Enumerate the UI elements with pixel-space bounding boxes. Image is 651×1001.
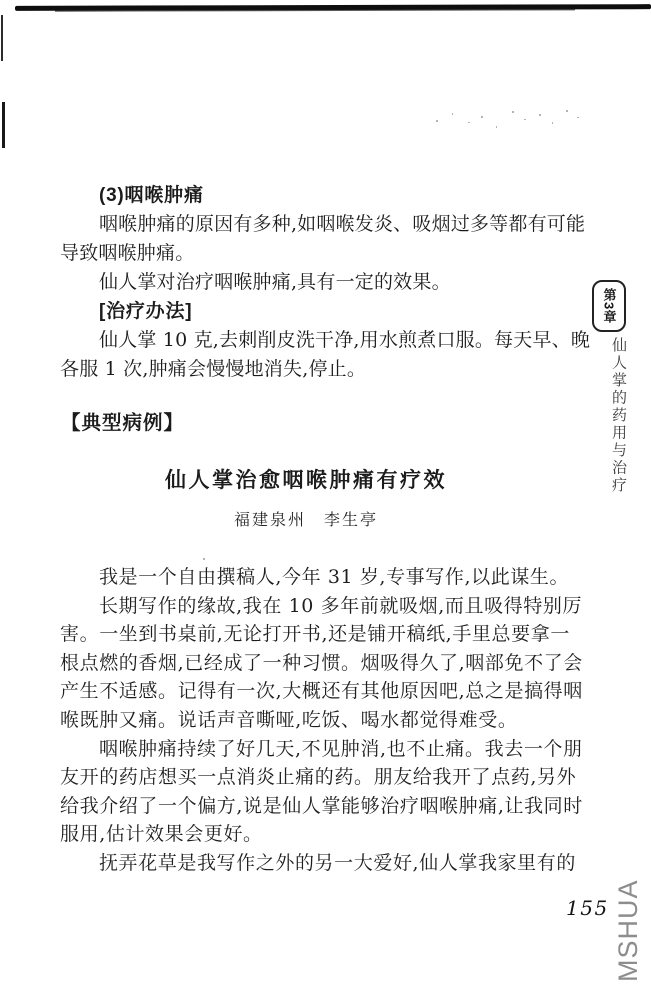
- case-title: 仙人掌治愈咽喉肿痛有疗效: [60, 464, 552, 494]
- intro-line-1: 咽喉肿痛的原因有多种,如咽喉发炎、吸烟过多等都有可能: [60, 210, 588, 239]
- method-line-1: 仙人掌 10 克,去刺削皮洗干净,用水煎煮口服。每天早、晚: [60, 326, 588, 355]
- scan-speckle: [512, 111, 514, 113]
- case-byline: 福建泉州 李生亭: [60, 507, 552, 530]
- case-body-line: 产生不适感。记得有一次,大概还有其他原因吧,总之是搞得咽: [60, 677, 588, 706]
- scan-speckle: [566, 110, 568, 112]
- case-label: 【典型病例】: [61, 407, 184, 435]
- scan-speckle: [577, 117, 579, 118]
- case-body-line: 害。一坐到书桌前,无论打开书,还是铺开稿纸,手里总要拿一: [60, 620, 588, 649]
- effect-line: 仙人掌对治疗咽喉肿痛,具有一定的效果。: [60, 268, 588, 297]
- case-body-line: 长期写作的缘故,我在 10 多年前就吸烟,而且吸得特别厉: [60, 592, 588, 621]
- method-heading: [治疗办法]: [60, 297, 588, 326]
- scan-speckle: [524, 119, 526, 120]
- section-throat-pain: (3)咽喉肿痛 咽喉肿痛的原因有多种,如咽喉发炎、吸烟过多等都有可能 导致咽喉肿…: [60, 181, 588, 384]
- case-body-line: 咽喉肿痛持续了好几天,不见肿消,也不止痛。我去一个朋: [60, 735, 588, 764]
- chapter-title-vertical: 仙人掌的药用与治疗: [609, 337, 630, 495]
- case-body-line: 喉既肿又痛。说话声音嘶哑,吃饭、喝水都觉得难受。: [60, 706, 588, 735]
- scan-artifact-left-mark-2: [2, 102, 5, 148]
- case-body-line: 给我介绍了一个偏方,说是仙人掌能够治疗咽喉肿痛,让我同时: [60, 792, 588, 821]
- intro-line-2: 导致咽喉肿痛。: [60, 239, 588, 268]
- watermark-mshua: MSHUA: [611, 882, 645, 982]
- method-line-2: 各服 1 次,肿痛会慢慢地消失,停止。: [60, 355, 588, 384]
- case-body-line: 我是一个自由撰稿人,今年 31 岁,专事写作,以此谋生。: [60, 563, 588, 592]
- scan-speckle: [468, 122, 470, 123]
- scan-speckle: [539, 114, 541, 116]
- case-body-line: 服用,估计效果会更好。: [60, 820, 588, 849]
- book-page: (3)咽喉肿痛 咽喉肿痛的原因有多种,如咽喉发炎、吸烟过多等都有可能 导致咽喉肿…: [0, 0, 651, 1001]
- case-body: 我是一个自由撰稿人,今年 31 岁,专事写作,以此谋生。 长期写作的缘故,我在 …: [60, 563, 588, 878]
- case-body-line: 抚弄花草是我写作之外的另一大爱好,仙人掌我家里有的: [60, 849, 588, 878]
- scan-speckle: [552, 122, 553, 124]
- scan-artifact-top-line: [15, 4, 651, 11]
- case-body-line: 根点燃的香烟,已经成了一种习惯。烟吸得久了,咽部免不了会: [60, 649, 588, 678]
- scan-speckle: [436, 120, 438, 122]
- case-body-line: 友开的药店想买一点消炎止痛的药。朋友给我开了点药,另外: [60, 763, 588, 792]
- page-number: 155: [566, 896, 609, 920]
- scan-speckle: [481, 116, 483, 118]
- scan-speckle: [496, 126, 497, 128]
- scan-artifact-left-mark-1: [1, 15, 3, 61]
- section-heading: (3)咽喉肿痛: [60, 181, 588, 210]
- chapter-badge: 第3章: [592, 280, 626, 332]
- scan-speckle: [203, 558, 205, 560]
- scan-speckle: [452, 113, 453, 115]
